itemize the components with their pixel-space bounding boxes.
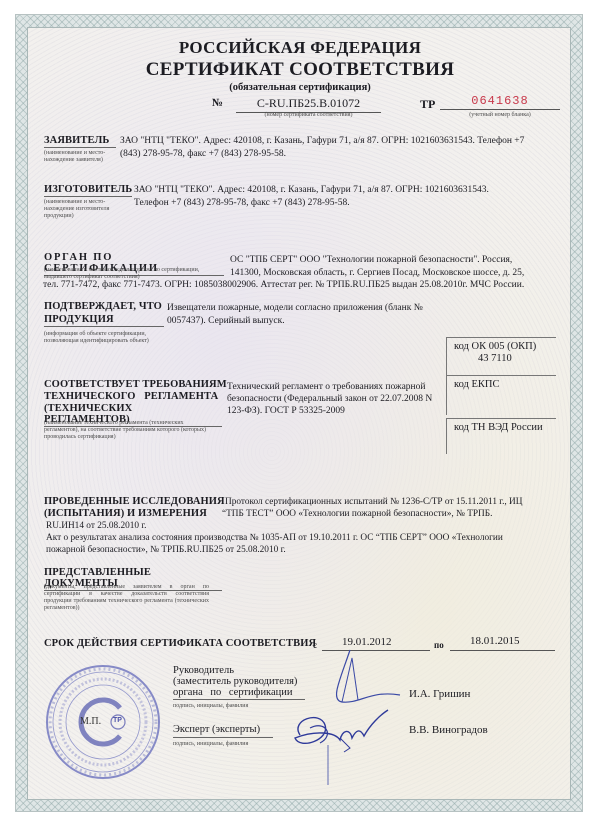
stamp-label: М.П. <box>80 716 101 727</box>
applicant-label: ЗАЯВИТЕЛЬ <box>44 135 116 148</box>
tests-line-3: RU.ИН14 от 25.08.2010 г. <box>46 520 146 532</box>
head-title-line-2: (заместитель руководителя) <box>173 676 297 687</box>
product-label-2: ПРОДУКЦИЯ <box>44 314 164 327</box>
requirements-label-2: ТЕХНИЧЕСКОГО РЕГЛАМЕНТА <box>44 391 218 402</box>
certificate-title: СЕРТИФИКАТ СООТВЕТСТВИЯ <box>0 59 600 81</box>
head-title-line-1: Руководитель <box>173 665 234 676</box>
requirements-label-1: СООТВЕТСТВУЕТ ТРЕБОВАНИЯМ <box>44 379 227 390</box>
manufacturer-line-2: Телефон +7 (843) 278-95-78, факс +7 (843… <box>134 197 350 209</box>
country-title: РОССИЙСКАЯ ФЕДЕРАЦИЯ <box>0 38 600 58</box>
certification-body-line-1: ОС "ТПБ СЕРТ" ООО "Технологии пожарной б… <box>230 254 512 266</box>
tnved-code-box: код ТН ВЭД России <box>446 418 556 454</box>
requirements-line-2: безопасности (Федеральный закон от 22.07… <box>227 393 432 405</box>
blank-number: 0641638 <box>440 94 560 110</box>
requirements-line-1: Технический регламент о требованиях пожа… <box>227 381 425 393</box>
number-sign: № <box>212 97 223 109</box>
tr-label: ТР <box>420 97 435 112</box>
certificate-subtitle: (обязательная сертификация) <box>0 82 600 93</box>
tests-line-5: пожарной безопасности», № ТРПБ.RU.ПБ25 о… <box>46 544 286 556</box>
validity-label: СРОК ДЕЙСТВИЯ СЕРТИФИКАТА СООТВЕТСТВИЯ <box>44 638 316 649</box>
ekps-code-label: код ЕКПС <box>454 379 556 390</box>
expert-label: Эксперт (эксперты) <box>173 724 273 738</box>
manufacturer-line-1: ЗАО "НТЦ "ТЕКО". Адрес: 420108, г. Казан… <box>134 184 489 196</box>
tests-line-2: “ТПБ ТЕСТ” ООО «Технологии пожарной безо… <box>222 508 492 520</box>
product-line-1: Извещатели пожарные, модели согласно при… <box>167 302 423 314</box>
tests-line-1: Протокол сертификационных испытаний № 12… <box>225 496 522 508</box>
applicant-line-2: (843) 278-95-78, факс +7 (843) 278-95-58… <box>120 148 286 160</box>
blank-number-caption: (учетный номер бланка) <box>440 112 560 119</box>
product-label-1: ПОДТВЕРЖДАЕТ, ЧТО <box>44 301 162 312</box>
tests-label-1: ПРОВЕДЕННЫЕ ИССЛЕДОВАНИЯ <box>44 496 225 507</box>
validity-to-label: по <box>434 640 444 650</box>
okp-code-value: 43 7110 <box>454 353 556 364</box>
manufacturer-label: ИЗГОТОВИТЕЛЬ <box>44 184 132 197</box>
documents-caption: (документы, представленные заявителем в … <box>44 584 209 612</box>
applicant-line-1: ЗАО "НТЦ "ТЕКО". Адрес: 420108, г. Казан… <box>120 135 524 147</box>
tnved-code-label: код ТН ВЭД России <box>454 422 556 433</box>
validity-to-date: 18.01.2015 <box>450 635 555 651</box>
product-line-2: 0057437). Серийный выпуск. <box>167 315 285 327</box>
certification-body-line-3: тел. 771-7472, факс 771-7473. ОГРН: 1085… <box>43 279 524 291</box>
requirements-caption: (наименование технического регламента (т… <box>44 420 214 441</box>
product-caption: (информация об объекте сертификации, поз… <box>44 331 174 345</box>
tests-line-4: Акт о результатах анализа состояния прои… <box>46 532 503 544</box>
ekps-code-box: код ЕКПС <box>446 375 556 415</box>
manufacturer-caption: (наименование и место-нахождение изготов… <box>44 199 124 220</box>
expert-caption: подпись, инициалы, фамилия <box>173 741 248 748</box>
okp-code-label: код ОК 005 (ОКП) <box>454 341 556 352</box>
certificate-number: C-RU.ПБ25.В.01072 <box>236 96 381 113</box>
head-caption: подпись, инициалы, фамилия <box>173 703 248 710</box>
certification-body-line-2: 141300, Московская область, г. Сергиев П… <box>230 267 524 279</box>
signature-icon <box>280 640 430 800</box>
certificate-number-caption: (номер сертификата соответствия) <box>236 112 381 119</box>
tests-label-2: (ИСПЫТАНИЯ) И ИЗМЕРЕНИЯ <box>44 508 207 519</box>
applicant-caption: (наименование и место-нахождение заявите… <box>44 150 119 164</box>
stamp-icon <box>44 663 162 781</box>
stamp-logo: ТР <box>113 717 122 724</box>
requirements-line-3: 123-ФЗ). ГОСТ Р 53325-2009 <box>227 405 345 417</box>
okp-code-box: код ОК 005 (ОКП) 43 7110 <box>446 337 556 375</box>
